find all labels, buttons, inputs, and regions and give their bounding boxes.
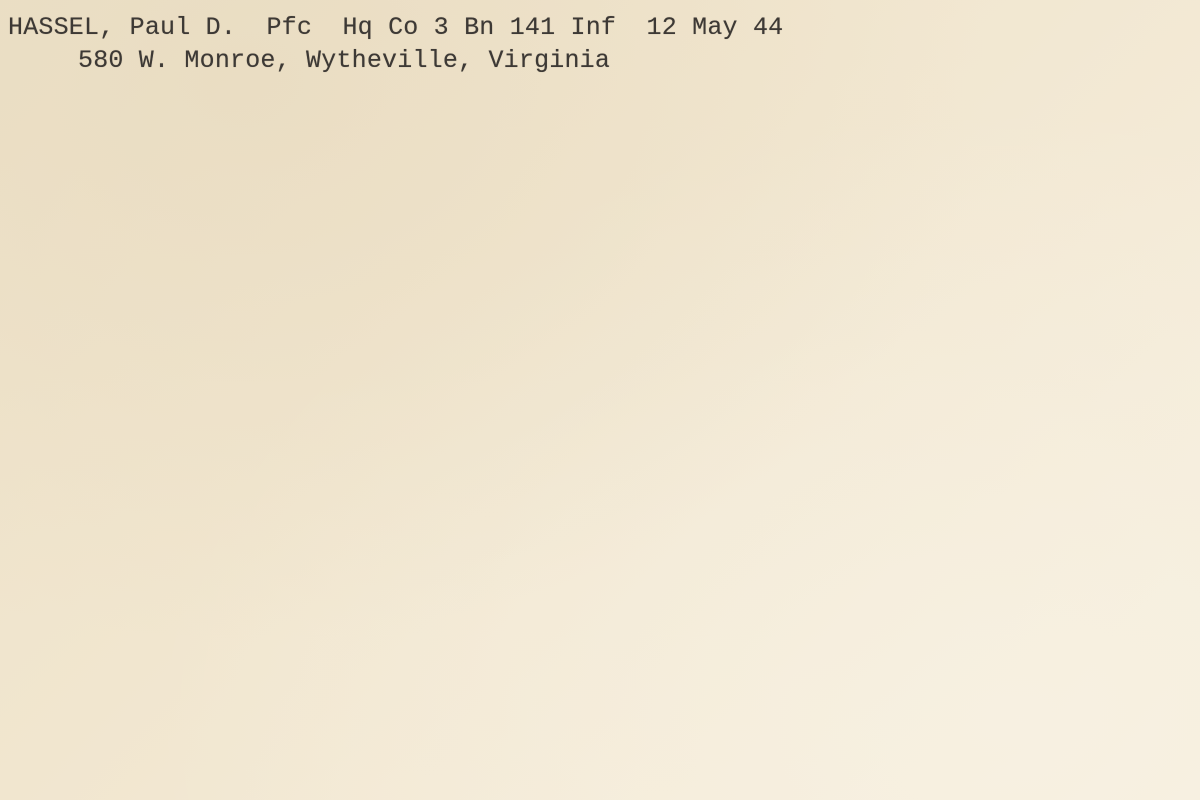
soldier-rank: Pfc — [266, 13, 312, 42]
soldier-unit: Hq Co 3 Bn 141 Inf — [342, 13, 616, 42]
soldier-name: HASSEL, Paul D. — [8, 13, 236, 42]
index-card: HASSEL, Paul D. Pfc Hq Co 3 Bn 141 Inf 1… — [0, 0, 1200, 800]
record-date: 12 May 44 — [647, 13, 784, 42]
address-line: 580 W. Monroe, Wytheville, Virginia — [78, 48, 610, 73]
header-line: HASSEL, Paul D. Pfc Hq Co 3 Bn 141 Inf 1… — [8, 15, 783, 40]
